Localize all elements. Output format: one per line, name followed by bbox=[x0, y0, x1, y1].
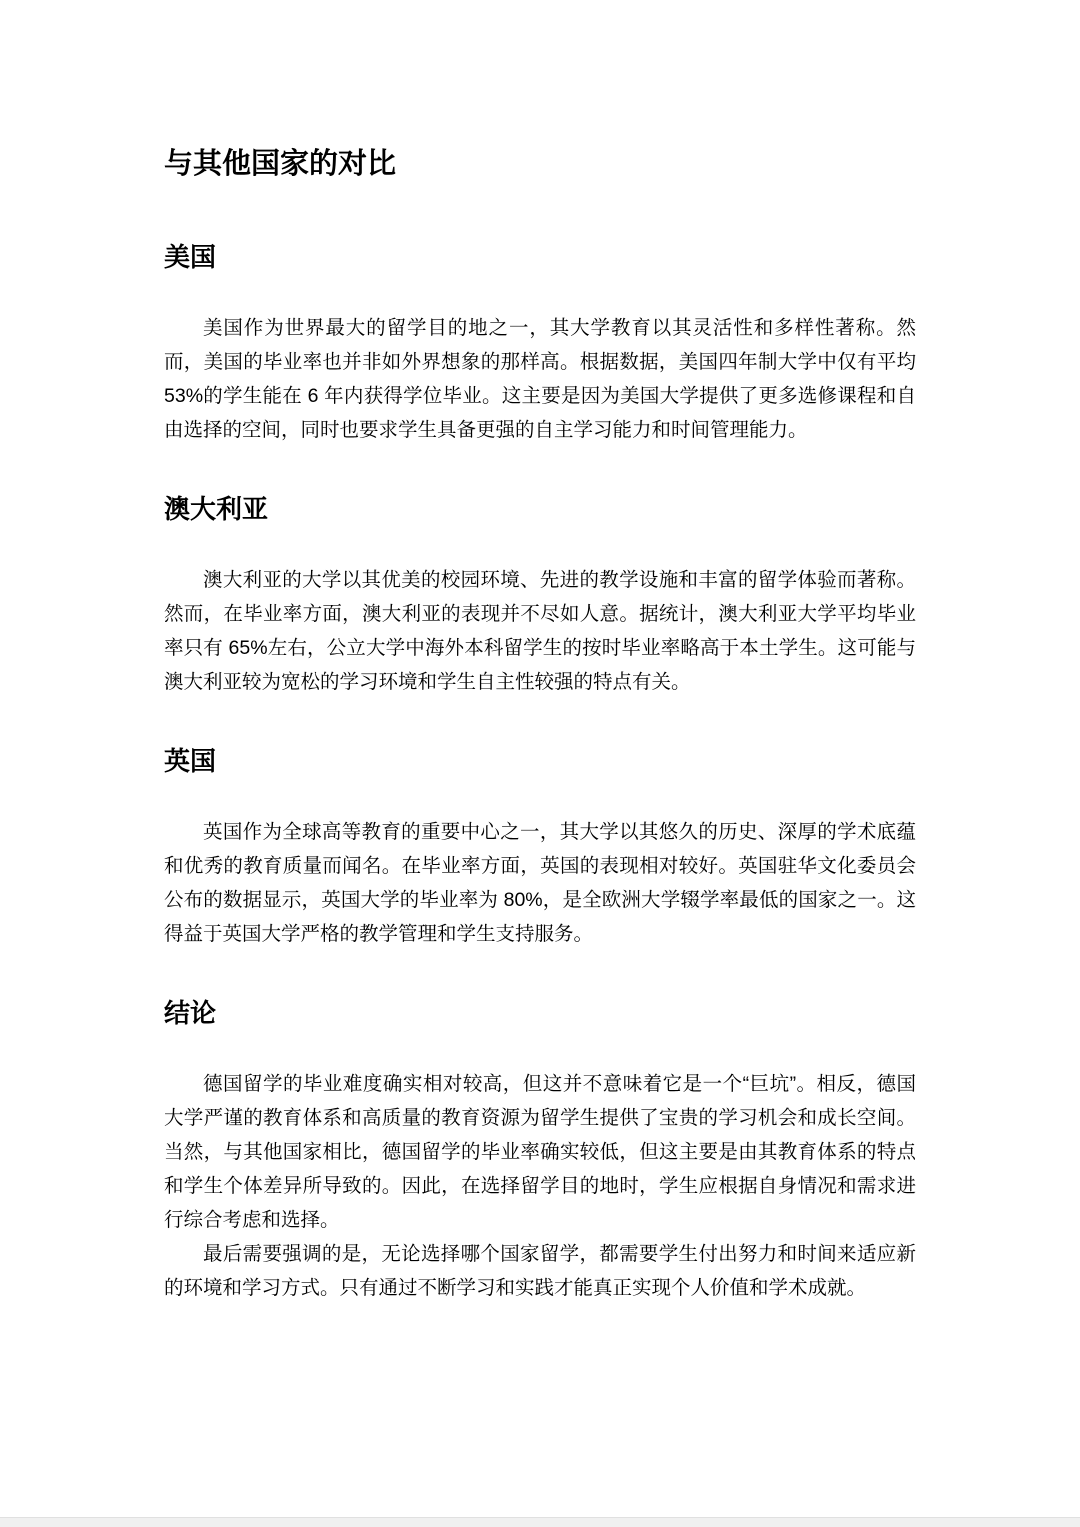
section-conclusion-paragraph-2: 最后需要强调的是，无论选择哪个国家留学，都需要学生付出努力和时间来适应新的环境和… bbox=[164, 1237, 916, 1305]
section-conclusion-paragraph-1: 德国留学的毕业难度确实相对较高，但这并不意味着它是一个“巨坑”。相反，德国大学严… bbox=[164, 1067, 916, 1237]
section-uk-paragraph: 英国作为全球高等教育的重要中心之一，其大学以其悠久的历史、深厚的学术底蕴和优秀的… bbox=[164, 815, 916, 951]
section-heading-australia: 澳大利亚 bbox=[164, 494, 916, 525]
section-heading-uk: 英国 bbox=[164, 746, 916, 777]
page-bottom-gap bbox=[0, 1517, 1080, 1527]
section-heading-usa: 美国 bbox=[164, 242, 916, 273]
section-heading-conclusion: 结论 bbox=[164, 998, 916, 1029]
document-page: 与其他国家的对比 美国 美国作为世界最大的留学目的地之一，其大学教育以其灵活性和… bbox=[0, 0, 1080, 1527]
section-australia-paragraph: 澳大利亚的大学以其优美的校园环境、先进的教学设施和丰富的留学体验而著称。然而，在… bbox=[164, 563, 916, 699]
document-title: 与其他国家的对比 bbox=[164, 146, 916, 182]
section-usa-paragraph: 美国作为世界最大的留学目的地之一，其大学教育以其灵活性和多样性著称。然而，美国的… bbox=[164, 311, 916, 447]
